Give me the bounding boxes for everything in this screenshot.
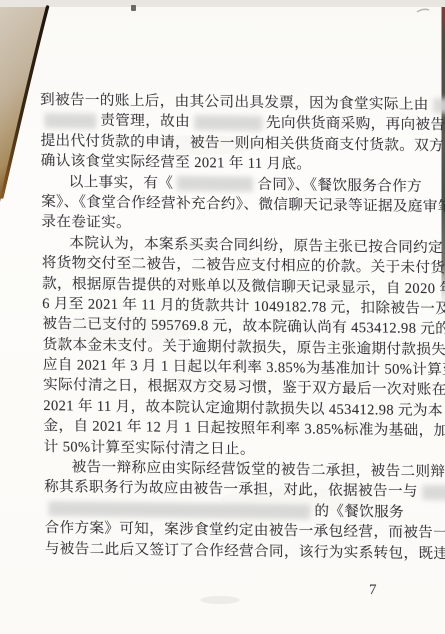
redaction-blur [48, 501, 310, 519]
text-segment: 合同》、《餐饮服务合作方 [257, 174, 422, 197]
text-segment: 先向供货商采购，再向被告一 [266, 113, 445, 136]
redaction-blur [194, 115, 262, 131]
page-number: 7 [369, 582, 378, 599]
text-segment: 责管理，故由 [100, 111, 190, 133]
text-segment: 以上事实，有《 [69, 172, 174, 194]
text-segment: 计 50%计算至实际付清之日止。 [44, 437, 255, 460]
redaction-blur [44, 113, 96, 129]
text-segment: 的《餐饮服务 [314, 501, 404, 523]
scanned-court-document: 到被告一的账上后，由其公司出具发票，因为食堂实际上由责管理，故由先向供货商采购，… [0, 0, 445, 634]
document-text-block: 到被告一的账上后，由其公司出具发票，因为食堂实际上由责管理，故由先向供货商采购，… [40, 90, 441, 564]
text-segment: 录在卷证实。 [41, 212, 131, 234]
redaction-blur [177, 176, 253, 192]
redaction-blur [422, 485, 445, 501]
redaction-blur [433, 98, 445, 113]
